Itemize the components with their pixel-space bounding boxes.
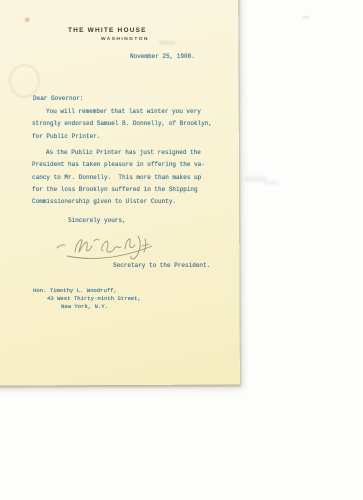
recipient-line: New York, N.Y. <box>61 303 108 310</box>
rust-stain <box>24 17 31 23</box>
body-line: Commissionership given to Ulster County. <box>32 198 176 205</box>
closing-line: Sincerely yours, <box>68 217 126 224</box>
body-line: cancy to Mr. Donnelly. This more than ma… <box>32 174 201 181</box>
body-line: You will remember that last winter you v… <box>46 108 201 115</box>
salutation: Dear Governor: <box>33 95 83 102</box>
faint-seal-mark <box>9 64 40 98</box>
body-line: for the loss Brooklyn suffered in the Sh… <box>32 186 198 193</box>
body-line: As the Public Printer has just resigned … <box>46 149 201 156</box>
signature-handwriting <box>55 230 177 262</box>
recipient-line: Hon. Timothy L. Woodruff, <box>33 287 117 294</box>
signature-title: Secretary to the President. <box>113 262 210 269</box>
letterhead-line1: THE WHITE HOUSE <box>68 27 147 34</box>
body-line: for Public Printer. <box>32 133 100 140</box>
scanned-letter-page: THE WHITE HOUSE WASHINGTON November 25, … <box>0 0 363 500</box>
background-smudge <box>264 181 279 185</box>
ink-smudge <box>159 41 175 45</box>
body-line: strongly endorsed Samuel B. Donnelly, of… <box>32 120 212 127</box>
body-line: President has taken pleasure in offering… <box>32 161 205 168</box>
date-line: November 25, 1908. <box>130 53 195 60</box>
letterhead-line2: WASHINGTON <box>101 37 149 42</box>
background-speck <box>303 16 309 18</box>
recipient-line: 43 West Thirty-ninth Street, <box>47 295 141 302</box>
